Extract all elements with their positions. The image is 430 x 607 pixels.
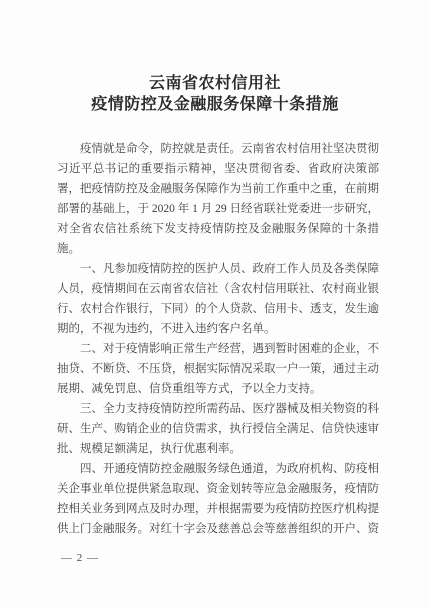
document-title-line-1: 云南省农村信用社 bbox=[0, 73, 430, 94]
page-number: — 2 — bbox=[61, 550, 99, 566]
measure-3-paragraph: 三、全力支持疫情防控所需药品、医疗器械及相关物资的科研、生产、购销企业的信贷需求… bbox=[57, 399, 379, 459]
measure-4-paragraph: 四、开通疫情防控金融服务绿色通道，为政府机构、防疫相关企事业单位提供紧急取现、资… bbox=[57, 459, 379, 539]
document-body: 疫情就是命令，防控就是责任。云南省农村信用社坚决贯彻习近平总书记的重要指示精神，… bbox=[57, 139, 379, 539]
measure-2-paragraph: 二、对于疫情影响正常生产经营，遇到暂时困难的企业，不抽贷、不断贷、不压贷，根据实… bbox=[57, 339, 379, 399]
document-title: 云南省农村信用社 疫情防控及金融服务保障十条措施 bbox=[0, 73, 430, 115]
document-title-line-2: 疫情防控及金融服务保障十条措施 bbox=[0, 94, 430, 115]
measure-1-paragraph: 一、凡参加疫情防控的医护人员、政府工作人员及各类保障人员，疫情期间在云南省农信社… bbox=[57, 259, 379, 339]
document-page: 云南省农村信用社 疫情防控及金融服务保障十条措施 疫情就是命令，防控就是责任。云… bbox=[0, 0, 430, 607]
intro-paragraph: 疫情就是命令，防控就是责任。云南省农村信用社坚决贯彻习近平总书记的重要指示精神，… bbox=[57, 139, 379, 259]
